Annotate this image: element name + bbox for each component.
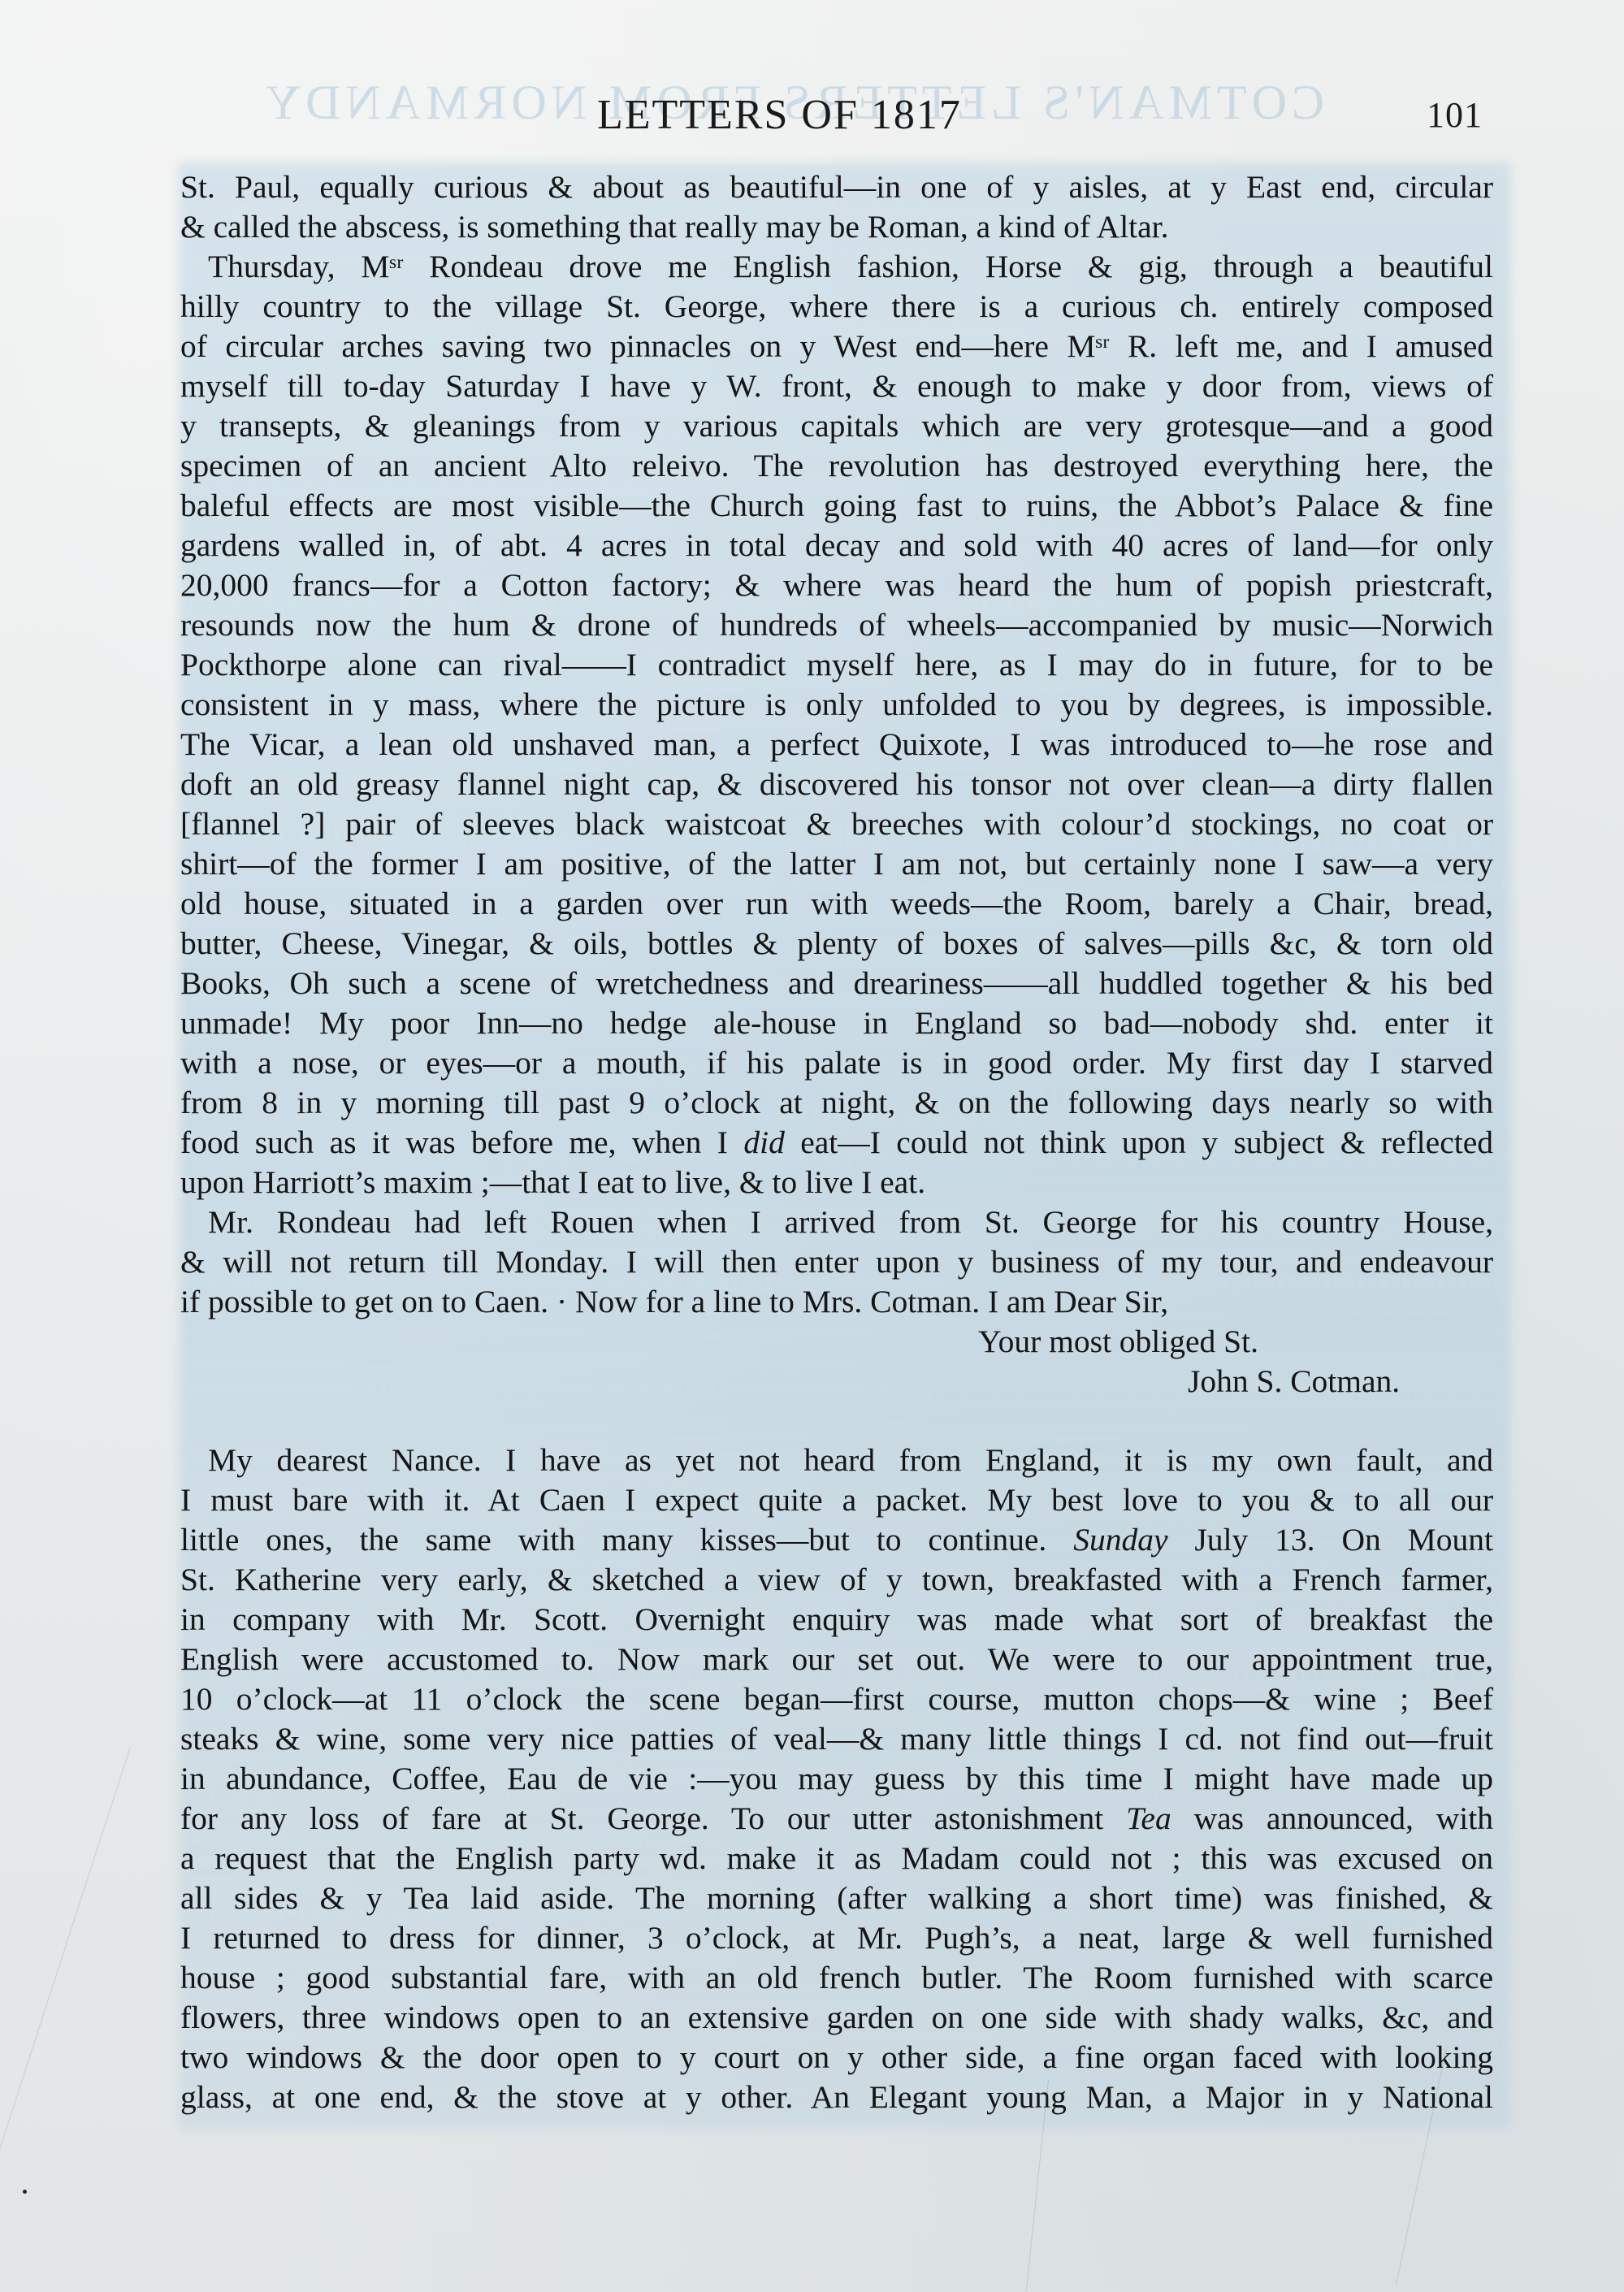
letter-gap [180,1402,1493,1441]
text-line: of circular arches saving two pinnacles … [180,327,1493,366]
text-line: gardens walled in, of abt. 4 acres in to… [180,526,1493,565]
first-letter: St. Paul, equally curious & about as bea… [180,167,1493,1322]
text-line: in abundance, Coffee, Eau de vie :—you m… [180,1759,1493,1799]
ink-speck [23,2190,27,2194]
second-letter: My dearest Nance. I have as yet not hear… [180,1441,1493,2117]
paper-crease [0,1747,131,2226]
book-page: COTMAN'S LETTERS FROM NORMANDY LETTERS O… [0,0,1624,2292]
text-line: in company with Mr. Scott. Overnight enq… [180,1600,1493,1640]
italic-word: did [743,1124,784,1160]
text-line: if possible to get on to Caen. · Now for… [180,1282,1493,1322]
letter-closing: Your most obliged St. [180,1322,1493,1362]
text-line: y transepts, & gleanings from y various … [180,406,1493,446]
text-line: doft an old greasy flannel night cap, & … [180,765,1493,804]
italic-word: Tea [1126,1800,1171,1836]
text-line: unmade! My poor Inn—no hedge ale-house i… [180,1003,1493,1043]
text-line: I must bare with it. At Caen I expect qu… [180,1480,1493,1520]
text-line: 20,000 francs—for a Cotton factory; & wh… [180,565,1493,605]
text-line: consistent in y mass, where the picture … [180,685,1493,725]
text-line: specimen of an ancient Alto releivo. The… [180,446,1493,486]
text-line: old house, situated in a garden over run… [180,884,1493,924]
text-line: glass, at one end, & the stove at y othe… [180,2078,1493,2117]
page-title: LETTERS OF 1817 [597,91,962,139]
text-line: myself till to-day Saturday I have y W. … [180,366,1493,406]
text-line: baleful effects are most visible—the Chu… [180,486,1493,526]
paragraph: St. Paul, equally curious & about as bea… [180,167,1493,247]
text-line: all sides & y Tea laid aside. The mornin… [180,1878,1493,1918]
text-line: English were accustomed to. Now mark our… [180,1640,1493,1679]
text-line: hilly country to the village St. George,… [180,287,1493,327]
text-line: food such as it was before me, when I di… [180,1123,1493,1163]
text-line: two windows & the door open to y court o… [180,2038,1493,2078]
text-line: with a nose, or eyes—or a mouth, if his … [180,1043,1493,1083]
text-line: little ones, the same with many kisses—b… [180,1520,1493,1560]
text-line: [flannel ?] pair of sleeves black waistc… [180,804,1493,844]
page-number: 101 [1427,94,1483,136]
text-line: I returned to dress for dinner, 3 o’cloc… [180,1918,1493,1958]
text-line: & will not return till Monday. I will th… [180,1242,1493,1282]
body-text: St. Paul, equally curious & about as bea… [180,167,1493,2117]
text-line: Mr. Rondeau had left Rouen when I arrive… [180,1202,1493,1242]
text-line: St. Paul, equally curious & about as bea… [180,167,1493,207]
text-line: Pockthorpe alone can rival——I contradict… [180,645,1493,685]
text-line: for any loss of fare at St. George. To o… [180,1799,1493,1839]
text-line: flowers, three windows open to an extens… [180,1998,1493,2038]
text-line: St. Katherine very early, & sketched a v… [180,1560,1493,1600]
text-line: Thursday, Mˢʳ Rondeau drove me English f… [180,247,1493,287]
text-line: Books, Oh such a scene of wretchedness a… [180,964,1493,1003]
text-line: house ; good substantial fare, with an o… [180,1958,1493,1998]
text-line: resounds now the hum & drone of hundreds… [180,605,1493,645]
text-line: upon Harriott’s maxim ;—that I eat to li… [180,1163,1493,1202]
text-line: My dearest Nance. I have as yet not hear… [180,1441,1493,1480]
text-line: shirt—of the former I am positive, of th… [180,844,1493,884]
text-line: steaks & wine, some very nice patties of… [180,1719,1493,1759]
running-head: LETTERS OF 1817 101 [0,91,1624,148]
letter-signature: John S. Cotman. [180,1362,1493,1402]
paragraph: Mr. Rondeau had left Rouen when I arrive… [180,1202,1493,1322]
text-line: The Vicar, a lean old unshaved man, a pe… [180,725,1493,765]
text-line: butter, Cheese, Vinegar, & oils, bottles… [180,924,1493,964]
text-line: a request that the English party wd. mak… [180,1839,1493,1878]
paragraph: Thursday, Mˢʳ Rondeau drove me English f… [180,247,1493,1202]
text-line: from 8 in y morning till past 9 o’clock … [180,1083,1493,1123]
text-line: 10 o’clock—at 11 o’clock the scene began… [180,1679,1493,1719]
italic-word: Sunday [1073,1522,1167,1558]
text-line: & called the abscess, is something that … [180,207,1493,247]
